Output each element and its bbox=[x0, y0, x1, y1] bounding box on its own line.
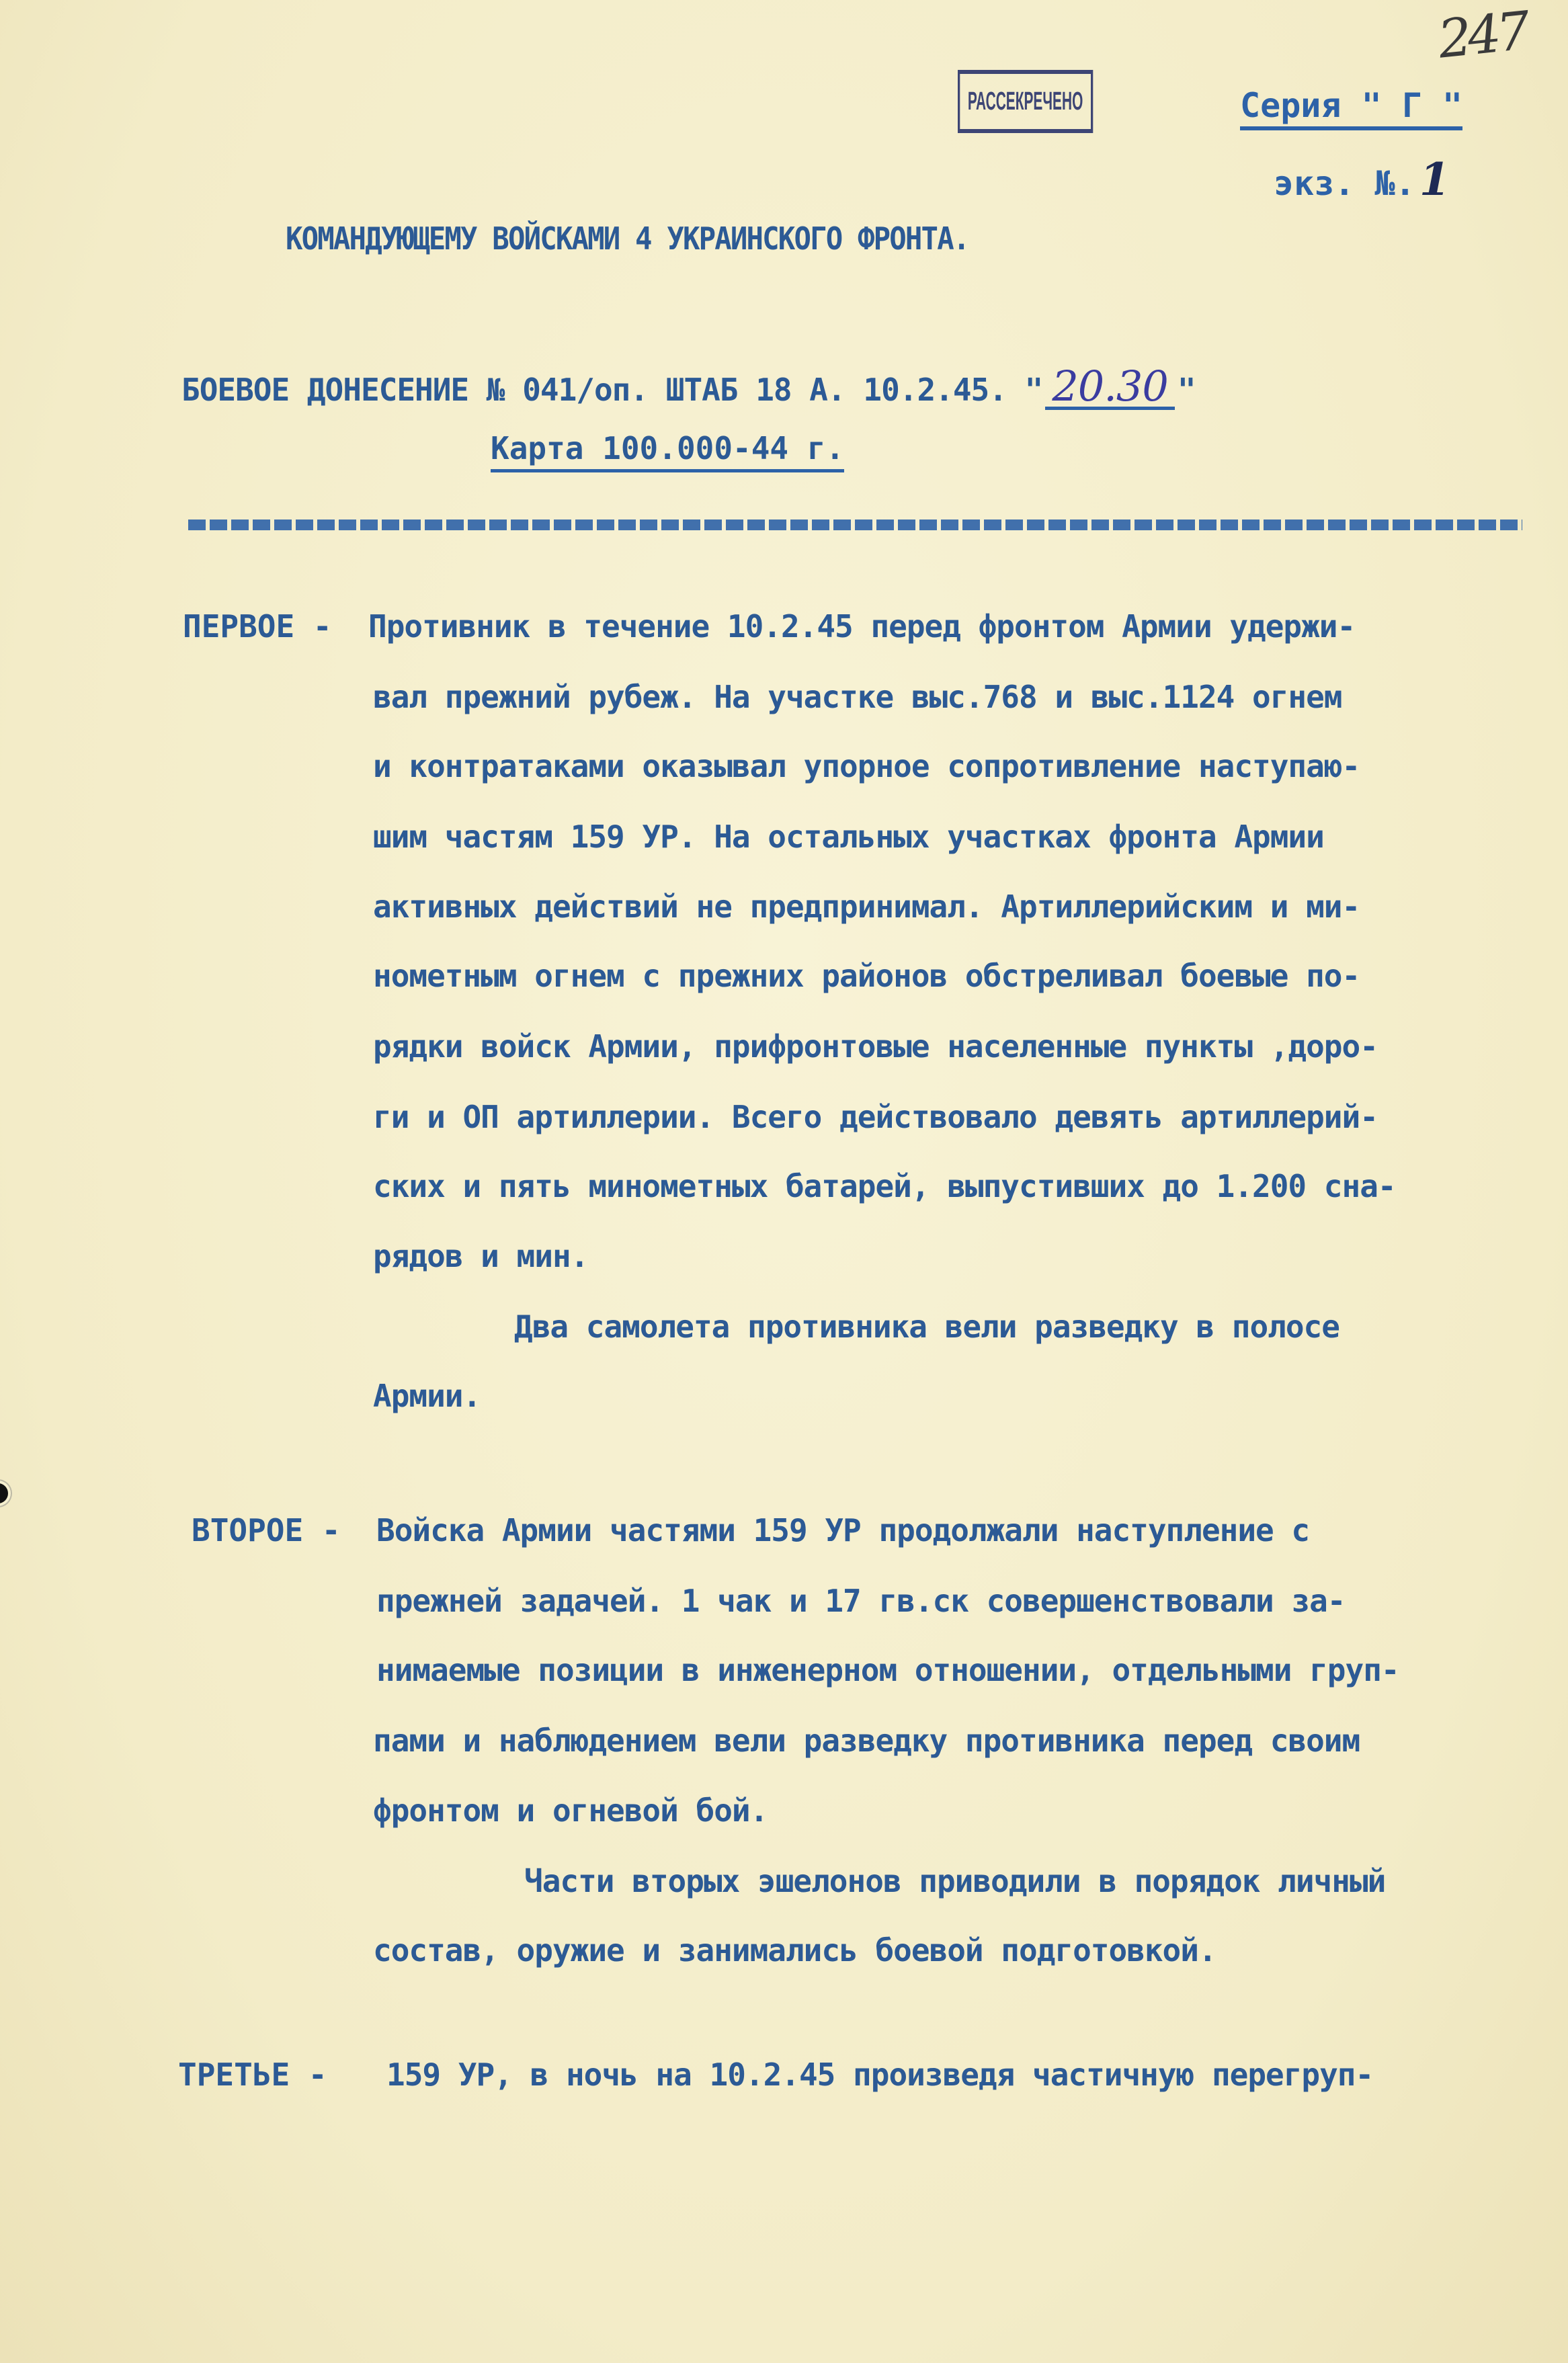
section-label: ВТОРОЕ - bbox=[192, 1512, 341, 1548]
text-line: рядов и мин. bbox=[373, 1238, 588, 1274]
text-line: Войска Армии частями 159 УР продолжали н… bbox=[376, 1512, 1309, 1548]
copy-label: экз. №. bbox=[1274, 164, 1415, 203]
text-line: ских и пять минометных батарей, выпустив… bbox=[373, 1168, 1396, 1204]
copy-number: экз. №.1 bbox=[1274, 153, 1450, 206]
text-line: Армии. bbox=[373, 1378, 481, 1414]
text-line: пами и наблюдением вели разведку противн… bbox=[373, 1723, 1360, 1759]
declassified-stamp: РАССЕКРЕЧЕНО bbox=[958, 70, 1093, 133]
text-line: нометным огнем с прежних районов обстрел… bbox=[373, 958, 1360, 994]
report-time: 20.30 bbox=[1045, 366, 1175, 410]
text-line: шим частям 159 УР. На остальных участках… bbox=[373, 819, 1324, 855]
text-line: рядки войск Армии, прифронтовые населенн… bbox=[373, 1028, 1378, 1065]
text-line: 159 УР, в ночь на 10.2.45 произведя част… bbox=[386, 2057, 1373, 2093]
text-line: фронтом и огневой бой. bbox=[373, 1792, 768, 1829]
text-line: активных действий не предпринимал. Артил… bbox=[373, 888, 1360, 925]
series-label: Серия " Г " bbox=[1240, 86, 1462, 130]
report-title-suffix: " bbox=[1178, 372, 1196, 408]
addressee: КОМАНДУЮЩЕМУ ВОЙСКАМИ 4 УКРАИНСКОГО ФРОН… bbox=[286, 220, 968, 257]
text-line: состав, оружие и занимались боевой подго… bbox=[373, 1932, 1216, 1968]
report-title-prefix: БОЕВОЕ ДОНЕСЕНИЕ № 041/оп. ШТАБ 18 А. 10… bbox=[181, 372, 1042, 408]
copy-number-value: 1 bbox=[1419, 153, 1450, 206]
text-line: прежней задачей. 1 чак и 17 гв.ск соверш… bbox=[376, 1583, 1346, 1619]
section-label: ТРЕТЬЕ - bbox=[178, 2057, 327, 2093]
text-line: ги и ОП артиллерии. Всего действовало де… bbox=[373, 1099, 1378, 1135]
report-title: БОЕВОЕ ДОНЕСЕНИЕ № 041/оп. ШТАБ 18 А. 10… bbox=[181, 366, 1196, 410]
section-label: ПЕРВОЕ - bbox=[183, 608, 332, 645]
handwritten-page-number: 247 bbox=[1436, 1, 1530, 70]
text-line: Противник в течение 10.2.45 перед фронто… bbox=[368, 608, 1355, 645]
text-line: и контратаками оказывал упорное сопротив… bbox=[373, 748, 1360, 784]
text-line: нимаемые позиции в инженерном отношении,… bbox=[376, 1652, 1399, 1688]
map-reference: Карта 100.000-44 г. bbox=[491, 430, 844, 472]
separator-line bbox=[188, 520, 1522, 530]
text-line: Части вторых эшелонов приводили в порядо… bbox=[524, 1863, 1385, 1899]
text-line: вал прежний рубеж. На участке выс.768 и … bbox=[373, 679, 1342, 715]
text-line: Два самолета противника вели разведку в … bbox=[514, 1309, 1339, 1345]
